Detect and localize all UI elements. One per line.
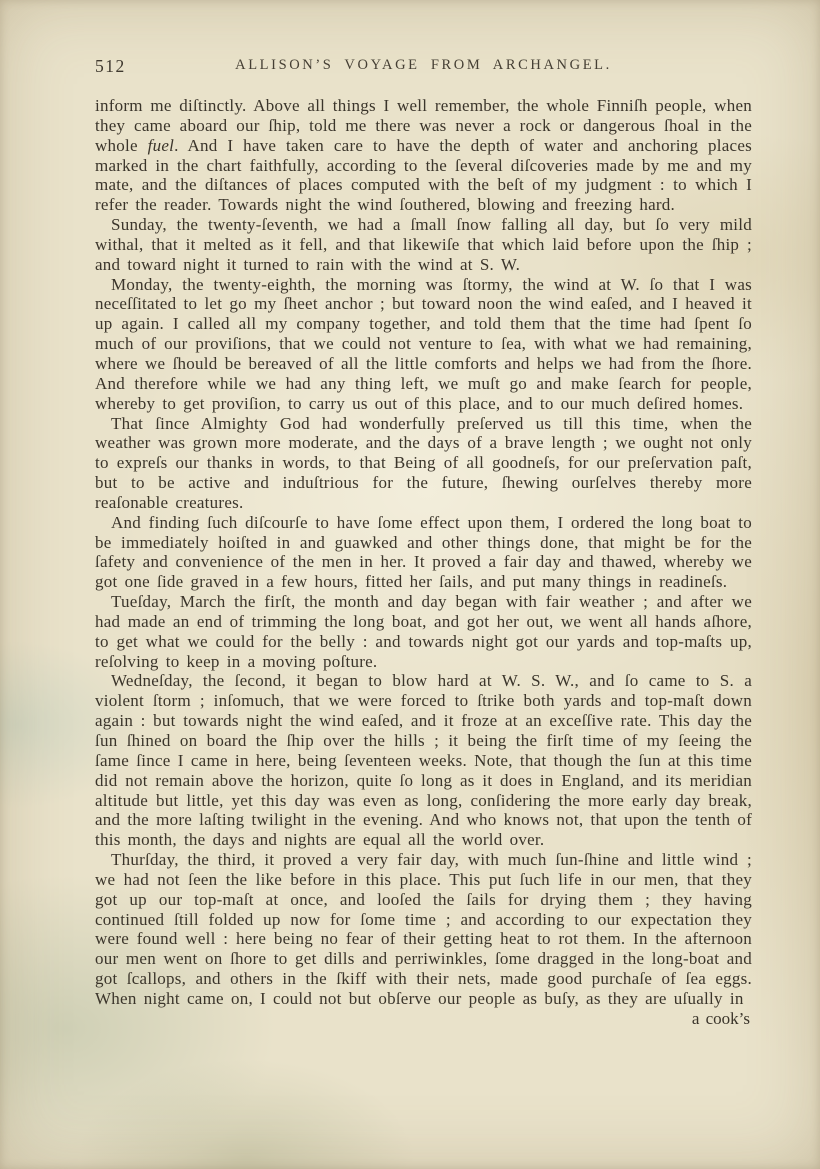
paragraph-7: Wedneſday, the ſecond, it began to blow … (95, 671, 752, 850)
running-title: ALLISON’S VOYAGE FROM ARCHANGEL. (95, 54, 752, 74)
page-number: 512 (95, 56, 126, 77)
running-head: 512 ALLISON’S VOYAGE FROM ARCHANGEL. (95, 54, 752, 80)
paragraph-1: inform me diſtinctly. Above all things I… (95, 96, 752, 215)
text-segment: Sunday, the twenty-ſeventh, we had a ſma… (95, 215, 752, 274)
paragraph-4: That ſince Almighty God had wonderfully … (95, 414, 752, 513)
body-text: inform me diſtinctly. Above all things I… (95, 96, 752, 1009)
text-segment: Thurſday, the third, it proved a very fa… (95, 850, 752, 1008)
text-segment: . And I have taken care to have the dept… (95, 136, 752, 215)
paragraph-6: Tueſday, March the firſt, the month and … (95, 592, 752, 671)
paragraph-5: And finding ſuch diſcourſe to have ſome … (95, 513, 752, 592)
catchword: a cook’s (95, 1009, 752, 1029)
paragraph-3: Monday, the twenty-eighth, the morning w… (95, 275, 752, 414)
text-segment: And finding ſuch diſcourſe to have ſome … (95, 513, 752, 592)
text-segment: Wedneſday, the ſecond, it began to blow … (95, 671, 752, 849)
paragraph-8: Thurſday, the third, it proved a very fa… (95, 850, 752, 1009)
book-page: 512 ALLISON’S VOYAGE FROM ARCHANGEL. inf… (0, 0, 820, 1169)
paragraph-2: Sunday, the twenty-ſeventh, we had a ſma… (95, 215, 752, 275)
italic-term: fuel (148, 136, 175, 155)
text-segment: Monday, the twenty-eighth, the morning w… (95, 275, 752, 413)
text-segment: That ſince Almighty God had wonderfully … (95, 414, 752, 512)
text-segment: Tueſday, March the firſt, the month and … (95, 592, 752, 671)
